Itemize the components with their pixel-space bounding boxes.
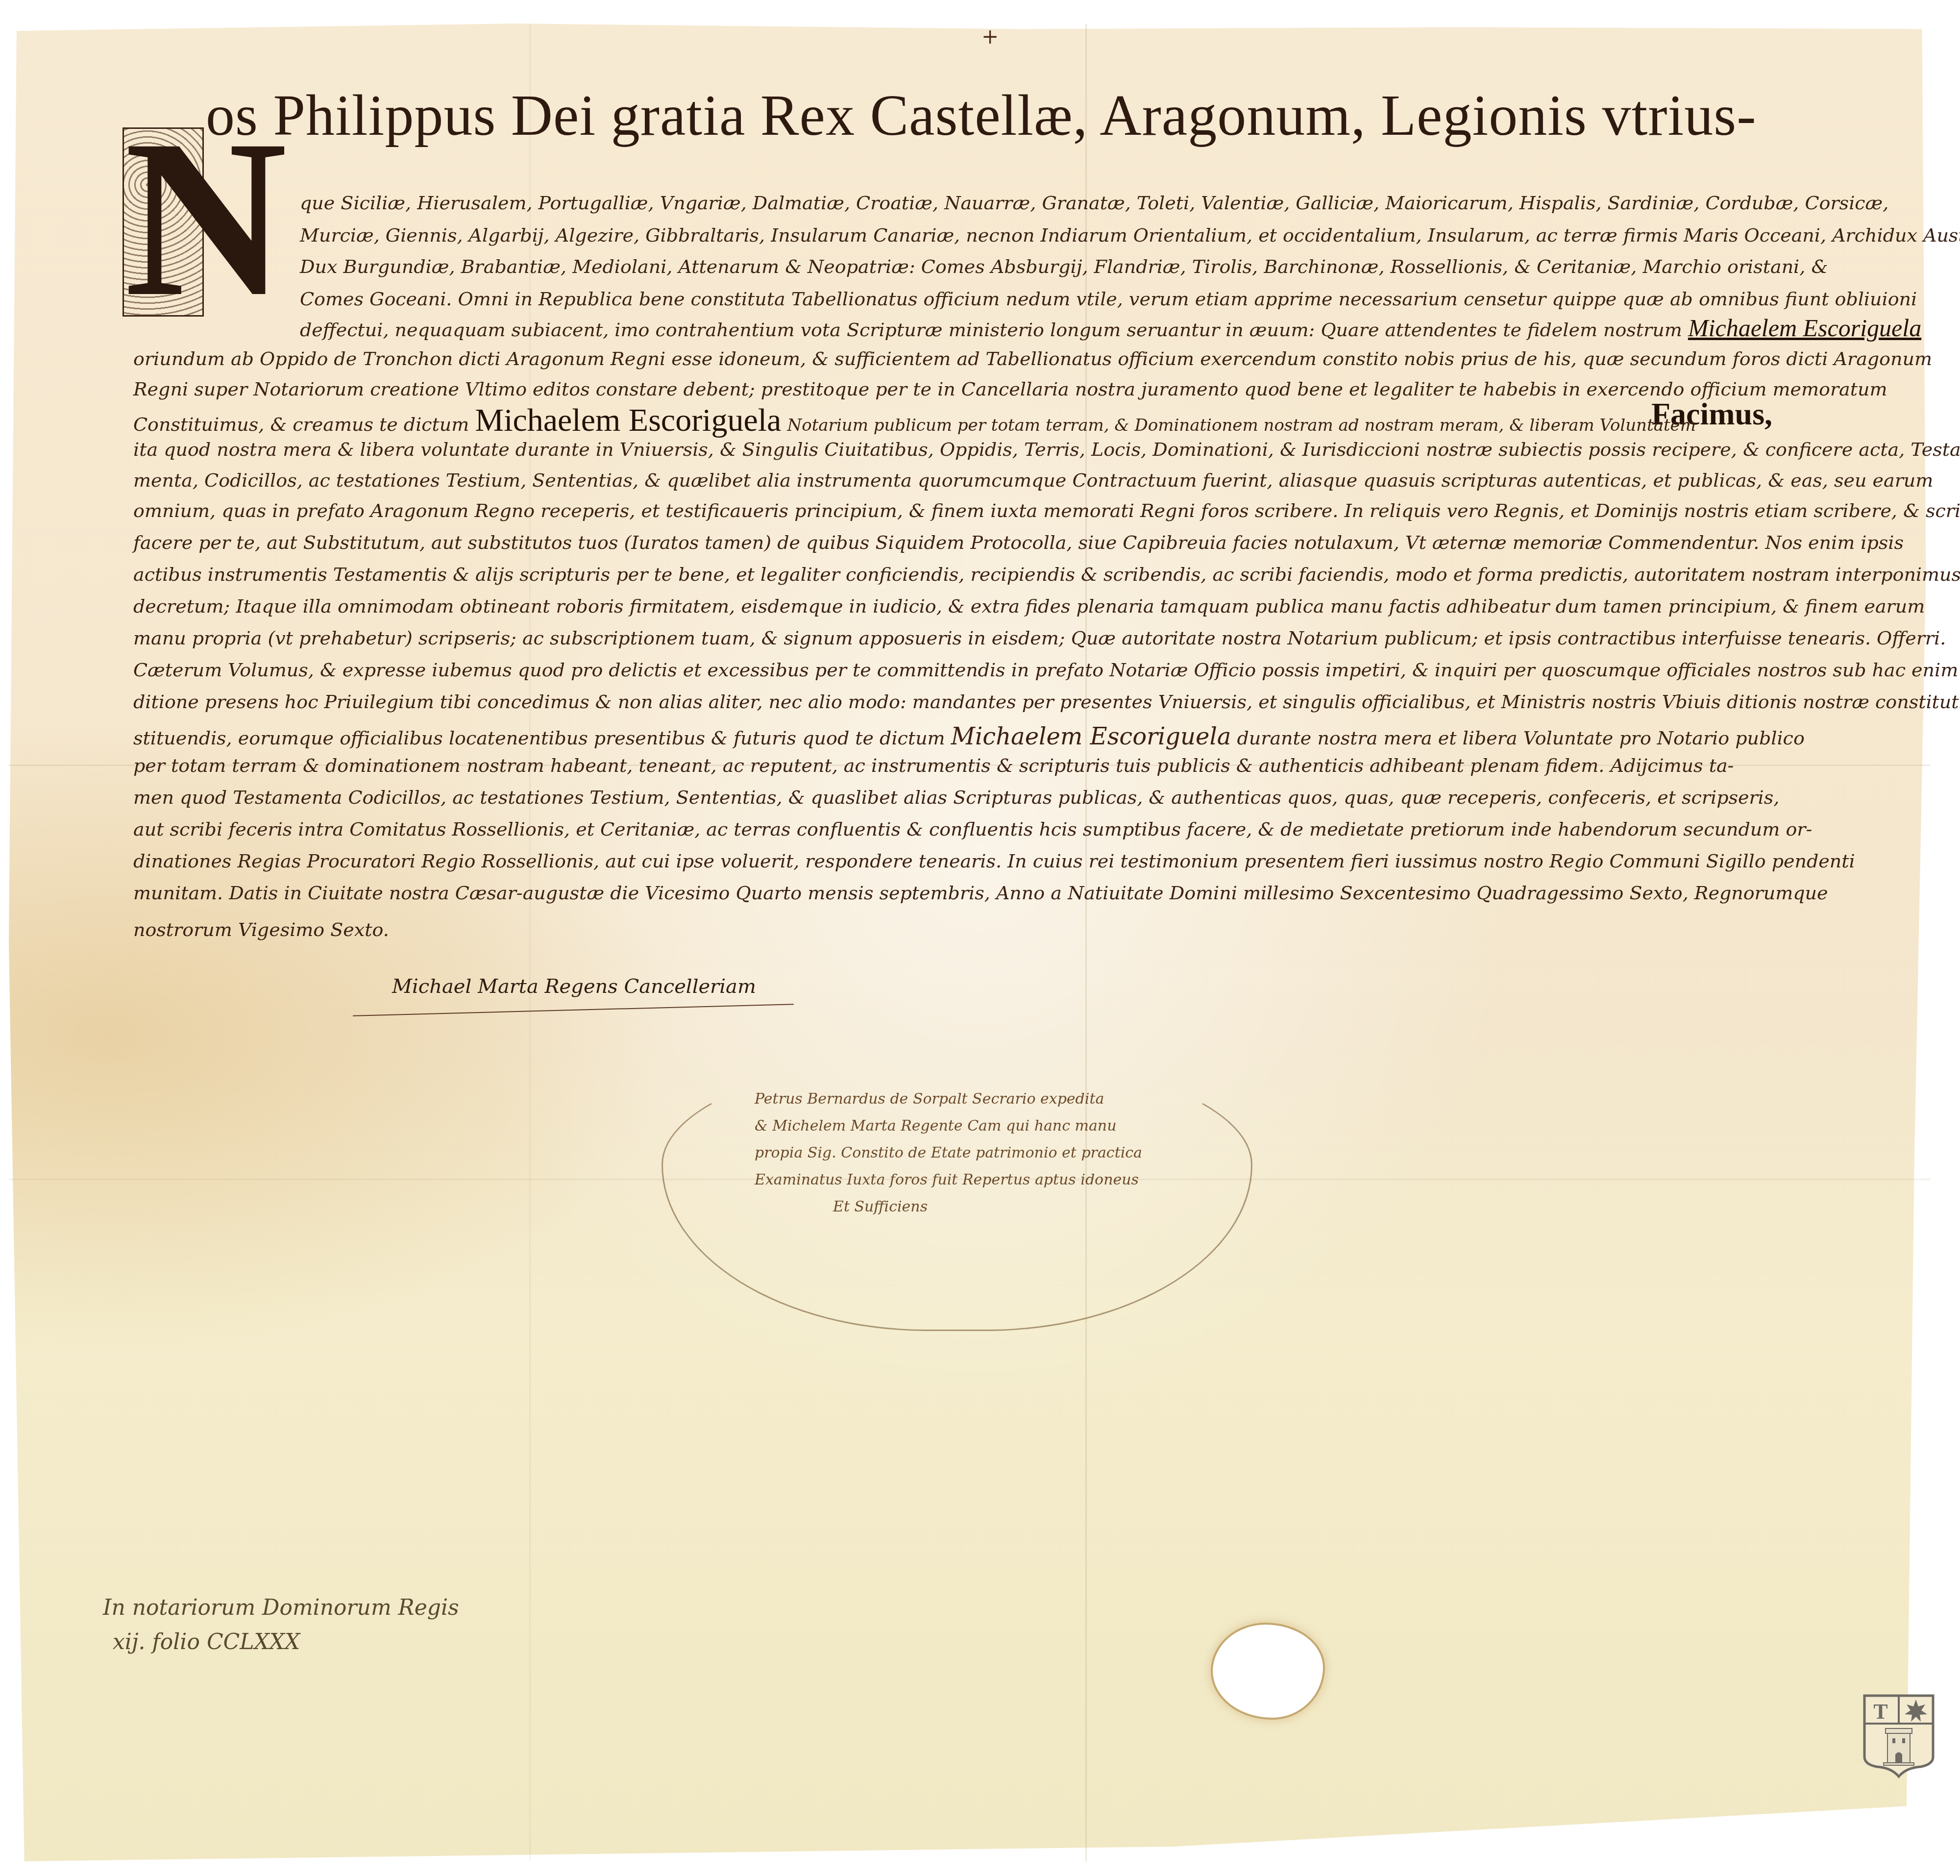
body-line: deffectui, nequaquam subiacent, imo cont… <box>300 314 1921 342</box>
body-line: Regni super Notariorum creatione Vltimo … <box>133 378 1887 400</box>
body-line: munitam. Datis in Ciuitate nostra Cæsar-… <box>133 882 1828 904</box>
body-line: aut scribi feceris intra Comitatus Rosse… <box>133 818 1812 840</box>
body-line: que Siciliæ, Hierusalem, Portugalliæ, Vn… <box>300 192 1888 214</box>
body-line: oriundum ab Oppido de Tronchon dicti Ara… <box>133 348 1932 370</box>
archive-crest-icon: T <box>1862 1693 1935 1779</box>
body-line: Constituimus, & creamus te dictum Michae… <box>133 402 1696 439</box>
seal-hole <box>1213 1625 1323 1718</box>
chancellor-signature: Michael Marta Regens Cancelleriam <box>392 975 756 998</box>
svg-text:T: T <box>1873 1700 1887 1724</box>
body-line: dinationes Regias Procuratori Regio Ross… <box>133 850 1855 872</box>
body-line: Murciæ, Giennis, Algarbij, Algezire, Gib… <box>300 224 1960 246</box>
body-line: menta, Codicillos, ac testationes Testiu… <box>133 469 1933 491</box>
body-line-text: deffectui, nequaquam subiacent, imo cont… <box>300 319 1682 341</box>
appointee-name: Michaelem Escoriguela <box>951 723 1231 750</box>
body-line: per totam terram & dominationem nostram … <box>133 755 1734 776</box>
body-line: facere per te, aut Substitutum, aut subs… <box>133 532 1904 553</box>
body-line: Dux Burgundiæ, Brabantiæ, Mediolani, Att… <box>300 256 1828 277</box>
top-cross-mark: + <box>981 25 999 49</box>
document-title-line: os Philippus Dei gratia Rex Castellæ, Ar… <box>206 82 1757 149</box>
body-line: Cæterum Volumus, & expresse iubemus quod… <box>133 659 1960 681</box>
illuminated-initial: N <box>113 125 299 321</box>
body-line: nostrorum Vigesimo Sexto. <box>133 919 389 940</box>
body-line: Comes Goceani. Omni in Republica bene co… <box>300 288 1917 310</box>
appointee-name: Michaelem Escoriguela <box>1688 314 1921 342</box>
body-line: ita quod nostra mera & libera voluntate … <box>133 439 1960 460</box>
body-line: ditione presens hoc Priuilegium tibi con… <box>133 691 1960 713</box>
body-line: men quod Testamenta Codicillos, ac testa… <box>133 787 1779 808</box>
body-line: decretum; Itaque illa omnimodam obtinean… <box>133 595 1925 617</box>
appointee-name-large: Michaelem Escoriguela <box>475 402 781 438</box>
body-line: stituendis, eorumque officialibus locate… <box>133 723 1805 750</box>
body-line: manu propria (vt prehabetur) scripseris;… <box>133 627 1946 649</box>
body-line: omnium, quas in prefato Aragonum Regno r… <box>133 500 1960 521</box>
body-line: actibus instrumentis Testamentis & alijs… <box>133 564 1960 585</box>
